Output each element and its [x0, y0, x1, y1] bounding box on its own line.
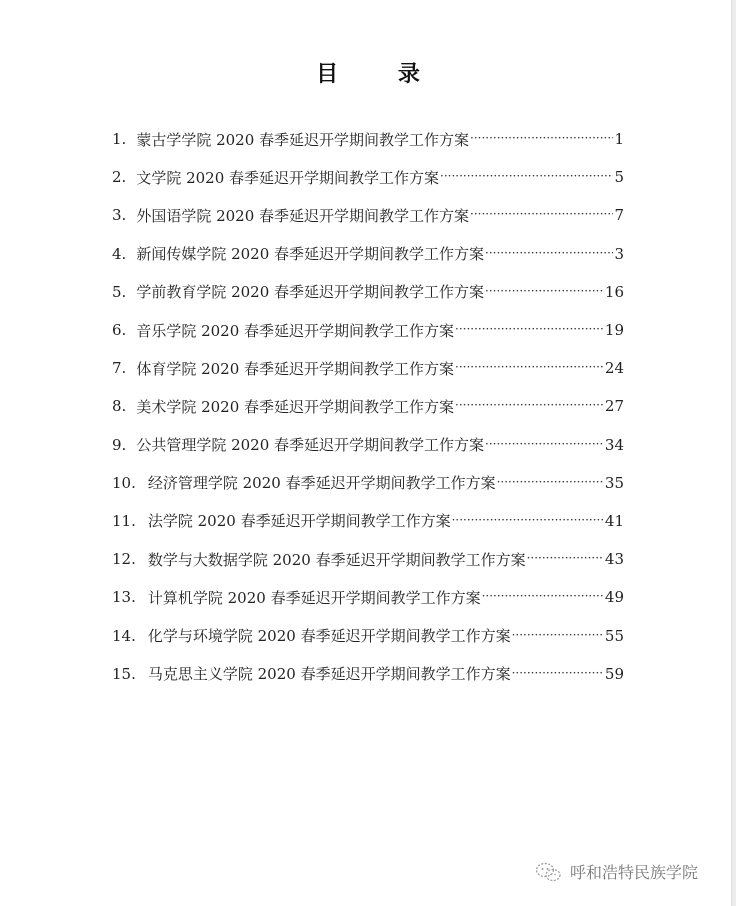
dot-leader — [485, 284, 604, 298]
dot-leader — [470, 207, 613, 221]
toc-entry[interactable]: 4.新闻传媒学院 2020 春季延迟开学期间教学工作方案3 — [112, 235, 624, 273]
entry-page: 34 — [605, 436, 624, 454]
dot-leader — [527, 551, 604, 565]
entry-title: 体育学院 2020 春季延迟开学期间教学工作方案 — [136, 358, 454, 379]
dot-leader — [452, 513, 604, 527]
entry-number: 2. — [112, 168, 126, 186]
toc-entry[interactable]: 7.体育学院 2020 春季延迟开学期间教学工作方案24 — [112, 349, 624, 387]
dot-leader — [470, 131, 613, 145]
wechat-icon — [534, 861, 564, 883]
entry-number: 7. — [112, 359, 126, 377]
entry-page: 24 — [605, 359, 624, 377]
toc-entry[interactable]: 6.音乐学院 2020 春季延迟开学期间教学工作方案19 — [112, 311, 624, 349]
toc-entry[interactable]: 2.文学院 2020 春季延迟开学期间教学工作方案5 — [112, 158, 624, 196]
entry-page: 59 — [605, 665, 624, 683]
entry-page: 19 — [605, 321, 624, 339]
entry-title: 蒙古学学院 2020 春季延迟开学期间教学工作方案 — [136, 129, 469, 150]
entry-title: 音乐学院 2020 春季延迟开学期间教学工作方案 — [136, 320, 454, 341]
dot-leader — [482, 589, 604, 603]
entry-title: 数学与大数据学院 2020 春季延迟开学期间教学工作方案 — [148, 549, 526, 570]
entry-page: 41 — [605, 512, 624, 530]
toc-entry[interactable]: 8.美术学院 2020 春季延迟开学期间教学工作方案27 — [112, 387, 624, 425]
dot-leader — [512, 628, 604, 642]
dot-leader — [485, 246, 613, 260]
table-of-contents: 1.蒙古学学院 2020 春季延迟开学期间教学工作方案1 2.文学院 2020 … — [112, 120, 624, 693]
entry-page: 7 — [614, 206, 624, 224]
entry-number: 10. — [112, 474, 136, 492]
page-edge — [731, 0, 736, 906]
entry-title: 计算机学院 2020 春季延迟开学期间教学工作方案 — [148, 587, 481, 608]
toc-entry[interactable]: 1.蒙古学学院 2020 春季延迟开学期间教学工作方案1 — [112, 120, 624, 158]
dot-leader — [455, 322, 604, 336]
entry-number: 11. — [112, 512, 136, 530]
wechat-watermark: 呼和浩特民族学院 — [534, 860, 698, 883]
entry-number: 3. — [112, 206, 126, 224]
entry-number: 9. — [112, 436, 126, 454]
entry-title: 马克思主义学院 2020 春季延迟开学期间教学工作方案 — [148, 663, 511, 684]
watermark-text: 呼和浩特民族学院 — [570, 860, 698, 883]
toc-entry[interactable]: 3.外国语学院 2020 春季延迟开学期间教学工作方案7 — [112, 196, 624, 234]
entry-title: 新闻传媒学院 2020 春季延迟开学期间教学工作方案 — [136, 243, 484, 264]
entry-page: 5 — [614, 168, 624, 186]
toc-entry[interactable]: 10.经济管理学院 2020 春季延迟开学期间教学工作方案35 — [112, 464, 624, 502]
entry-number: 4. — [112, 245, 126, 263]
toc-entry[interactable]: 13.计算机学院 2020 春季延迟开学期间教学工作方案49 — [112, 578, 624, 616]
entry-title: 经济管理学院 2020 春季延迟开学期间教学工作方案 — [148, 472, 496, 493]
toc-entry[interactable]: 14.化学与环境学院 2020 春季延迟开学期间教学工作方案55 — [112, 616, 624, 654]
page-title: 目 录 — [0, 57, 736, 88]
entry-number: 6. — [112, 321, 126, 339]
toc-entry[interactable]: 12.数学与大数据学院 2020 春季延迟开学期间教学工作方案43 — [112, 540, 624, 578]
toc-entry[interactable]: 9.公共管理学院 2020 春季延迟开学期间教学工作方案34 — [112, 426, 624, 464]
toc-entry[interactable]: 5.学前教育学院 2020 春季延迟开学期间教学工作方案16 — [112, 273, 624, 311]
dot-leader — [497, 475, 604, 489]
entry-page: 35 — [605, 474, 624, 492]
dot-leader — [455, 398, 604, 412]
entry-page: 1 — [614, 130, 624, 148]
dot-leader — [440, 169, 613, 183]
entry-page: 55 — [605, 627, 624, 645]
entry-page: 3 — [614, 245, 624, 263]
entry-title: 文学院 2020 春季延迟开学期间教学工作方案 — [136, 167, 439, 188]
entry-number: 5. — [112, 283, 126, 301]
entry-number: 8. — [112, 397, 126, 415]
entry-number: 12. — [112, 550, 136, 568]
entry-title: 美术学院 2020 春季延迟开学期间教学工作方案 — [136, 396, 454, 417]
entry-title: 学前教育学院 2020 春季延迟开学期间教学工作方案 — [136, 281, 484, 302]
entry-title: 化学与环境学院 2020 春季延迟开学期间教学工作方案 — [148, 625, 511, 646]
entry-number: 15. — [112, 665, 136, 683]
entry-number: 1. — [112, 130, 126, 148]
entry-page: 49 — [605, 588, 624, 606]
toc-entry[interactable]: 15.马克思主义学院 2020 春季延迟开学期间教学工作方案59 — [112, 655, 624, 693]
entry-number: 13. — [112, 588, 136, 606]
entry-page: 43 — [605, 550, 624, 568]
entry-title: 公共管理学院 2020 春季延迟开学期间教学工作方案 — [136, 434, 484, 455]
entry-page: 16 — [605, 283, 624, 301]
toc-entry[interactable]: 11.法学院 2020 春季延迟开学期间教学工作方案41 — [112, 502, 624, 540]
dot-leader — [455, 360, 604, 374]
dot-leader — [485, 437, 604, 451]
entry-title: 外国语学院 2020 春季延迟开学期间教学工作方案 — [136, 205, 469, 226]
entry-number: 14. — [112, 627, 136, 645]
entry-page: 27 — [605, 397, 624, 415]
entry-title: 法学院 2020 春季延迟开学期间教学工作方案 — [148, 510, 451, 531]
dot-leader — [512, 666, 604, 680]
